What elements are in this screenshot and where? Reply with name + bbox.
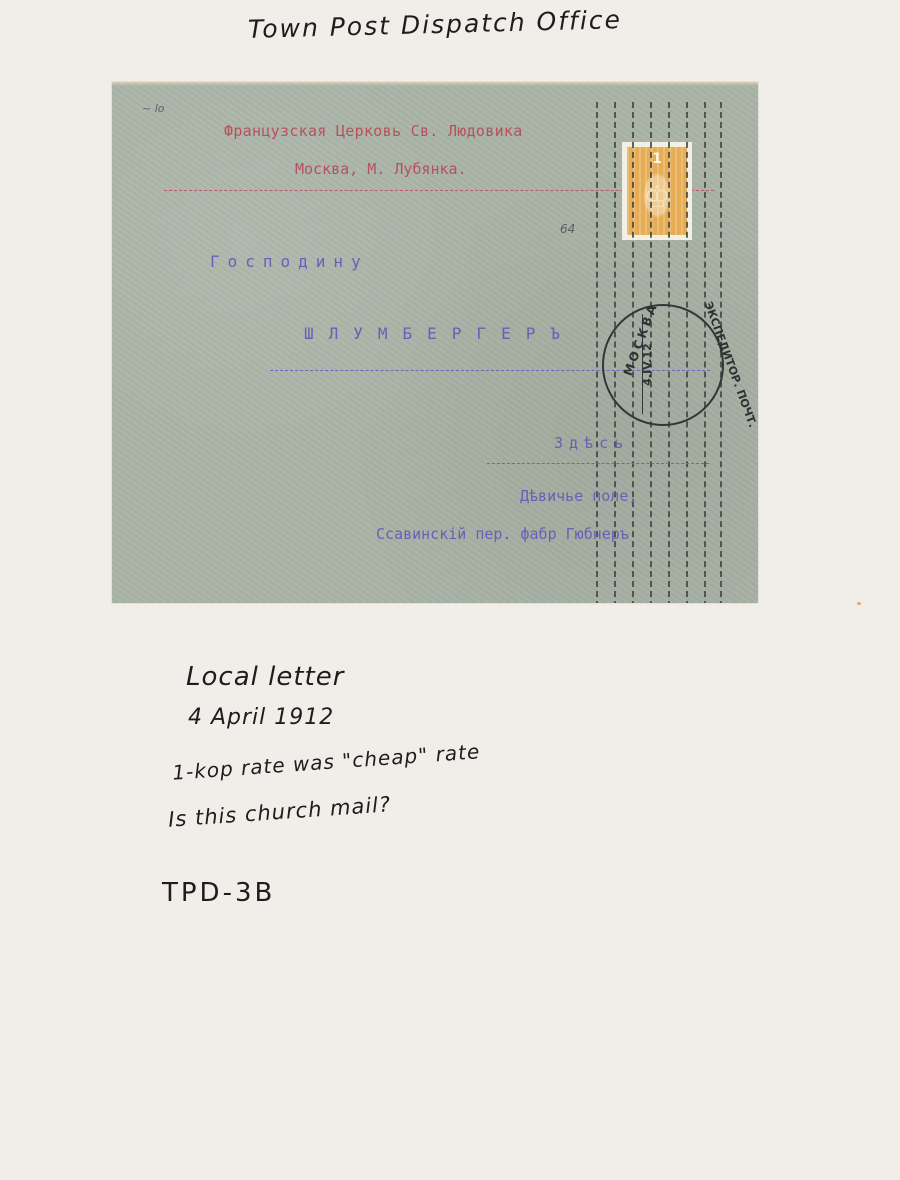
stamp-face: 1 ♔ [627, 147, 687, 235]
eagle-icon: ♔ [644, 183, 671, 213]
pencil-mark-corner: ~ lo [142, 102, 165, 115]
street-line-1: Дѣвичье поле, [520, 487, 637, 505]
page-title: Town Post Dispatch Office [248, 5, 623, 44]
envelope-top-edge [112, 82, 758, 86]
addressee-name: ШЛУМБЕРГЕРЪ [304, 324, 575, 343]
note-line-2: 4 April 1912 [188, 705, 334, 730]
envelope: ~ lo 64 Французская Церковь Св. Людовика… [112, 82, 758, 603]
city-divider [487, 463, 709, 464]
reference-code: TPD-3B [162, 878, 275, 908]
postmark-date: 4.IV.12 [641, 343, 654, 386]
note-line-1: Local letter [186, 662, 344, 692]
note-line-3: 1-kop rate was "cheap" rate [172, 739, 481, 784]
pencil-mark-stamp: 64 [560, 222, 575, 236]
sender-line-2: Москва, М. Лубянка. [295, 160, 467, 178]
street-line-2: Cсавинскій пер. фабр Гюбнеръ [376, 525, 629, 543]
stamp-denomination: 1 [627, 151, 687, 167]
note-line-4: Is this church mail? [167, 792, 391, 832]
recipient-city: Здѣсь [554, 434, 629, 452]
postmark: МОСКВА 4.IV.12 ЭКСПЕДИТОР. ПОЧТ. [602, 304, 724, 426]
postmark-office: ЭКСПЕДИТОР. ПОЧТ. [702, 300, 758, 429]
salutation: Господину [210, 252, 369, 271]
paper-speck [857, 602, 861, 605]
sender-line-1: Французская Церковь Св. Людовика [224, 122, 523, 140]
